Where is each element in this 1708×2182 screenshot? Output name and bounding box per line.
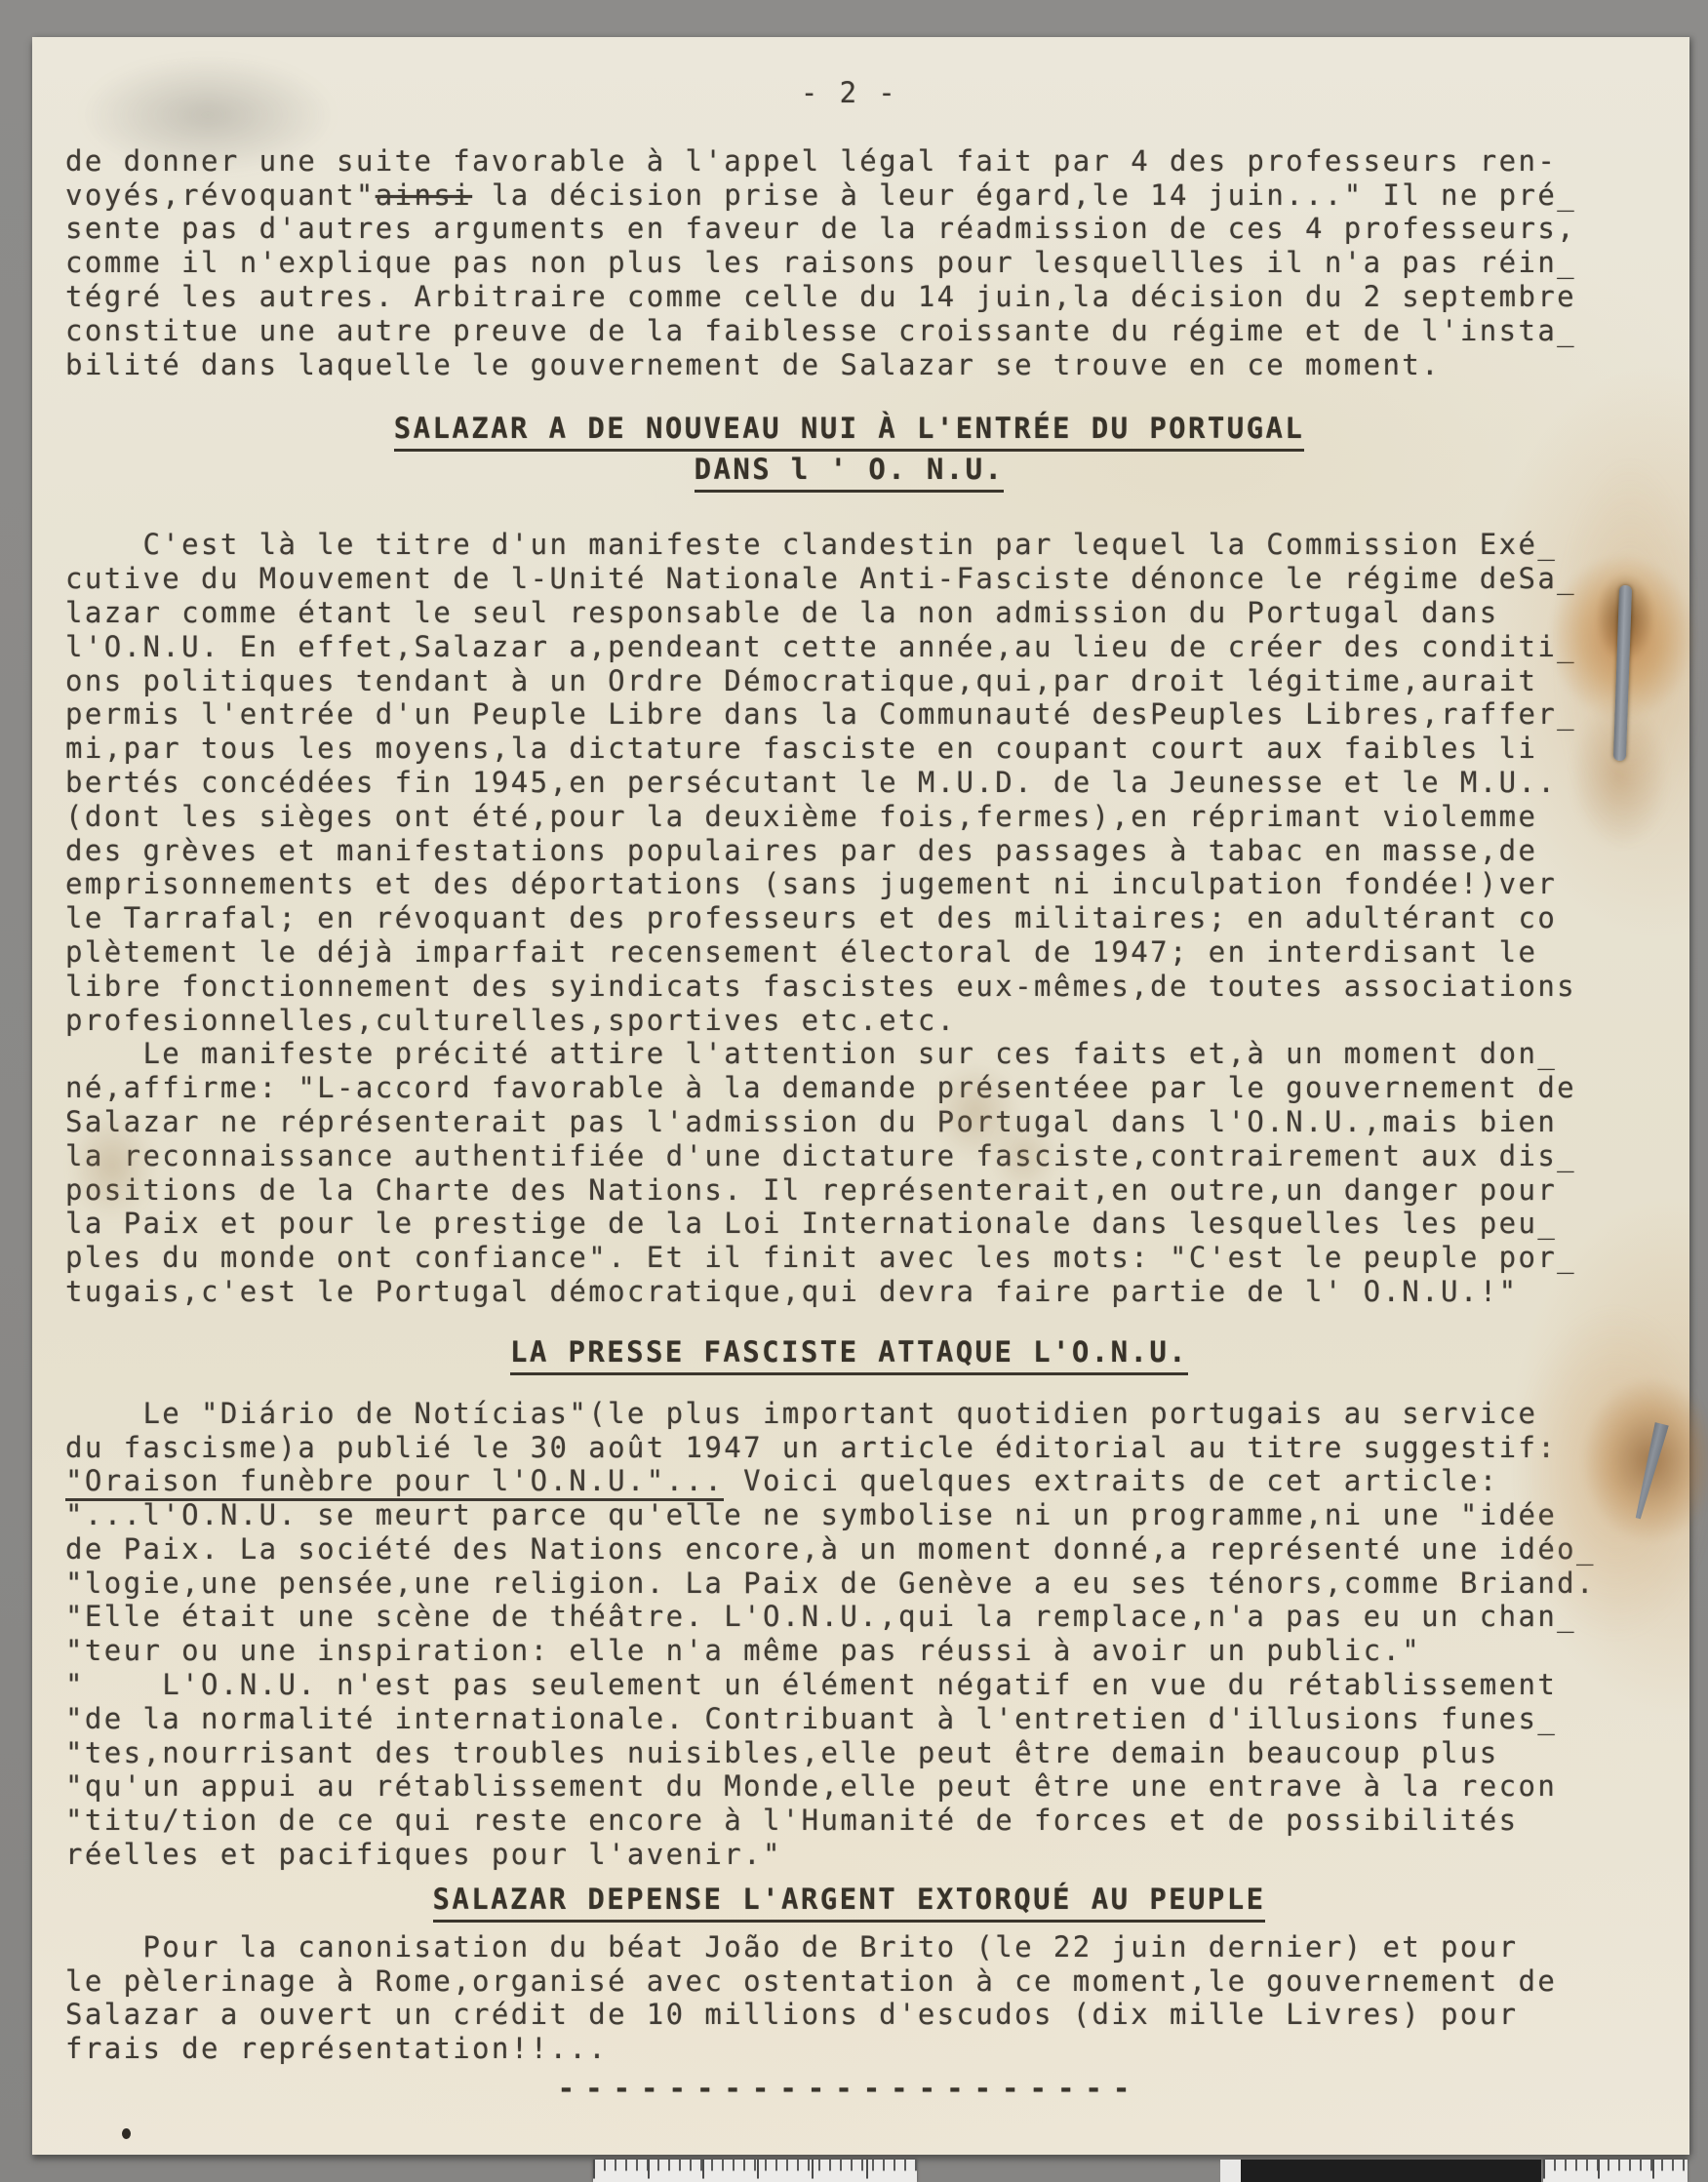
text-line: "qu'un appui au rétablissement du Monde,… — [65, 1769, 1633, 1804]
text-line: (dont les sièges ont été,pour la deuxièm… — [65, 800, 1633, 834]
ink-dot — [122, 2128, 131, 2139]
text-line: profesionnelles,culturelles,sportives et… — [65, 1004, 1633, 1038]
text-line: du fascisme)a publié le 30 août 1947 un … — [65, 1431, 1633, 1465]
text-line: bertés concédées fin 1945,en persécutant… — [65, 766, 1633, 800]
text-line: bilité dans laquelle le gouvernement de … — [65, 348, 1633, 382]
text-line: "titu/tion de ce qui reste encore à l'Hu… — [65, 1804, 1633, 1838]
scan-canvas: { "colors": { "background": "#8a8987", "… — [0, 0, 1708, 2182]
text-line: Le manifeste précité attire l'attention … — [65, 1037, 1633, 1071]
text-line: Le "Diário de Notícias"(le plus importan… — [65, 1397, 1633, 1431]
text-line: " L'O.N.U. n'est pas seulement un élémen… — [65, 1668, 1633, 1702]
text-line: constitue une autre preuve de la faibles… — [65, 314, 1633, 348]
text-line: l'O.N.U. En effet,Salazar a,pendeant cet… — [65, 630, 1633, 664]
text-line: positions de la Charte des Nations. Il r… — [65, 1173, 1633, 1208]
paragraph-manifesto: C'est là le titre d'un manifeste clandes… — [65, 528, 1633, 1037]
text-line: "tes,nourrisant des troubles nuisibles,e… — [65, 1736, 1633, 1770]
text-line: C'est là le titre d'un manifeste clandes… — [65, 528, 1633, 562]
text-line: "teur ou une inspiration: elle n'a même … — [65, 1634, 1633, 1668]
text-line: Pour la canonisation du béat João de Bri… — [65, 1930, 1633, 1964]
text-line: le pèlerinage à Rome,organisé avec osten… — [65, 1964, 1633, 1999]
text-line: comme il n'explique pas non plus les rai… — [65, 246, 1633, 280]
text-line: la Paix et pour le prestige de la Loi In… — [65, 1207, 1633, 1241]
text-line: Salazar ne réprésenterait pas l'admissio… — [65, 1105, 1633, 1139]
text-line: de donner une suite favorable à l'appel … — [65, 144, 1633, 179]
heading-salazar-onu: SALAZAR A DE NOUVEAU NUI À L'ENTRÉE DU P… — [65, 411, 1633, 493]
page-number: - 2 - — [65, 76, 1633, 110]
text-line: "Oraison funèbre pour l'O.N.U."... Voici… — [65, 1464, 1633, 1498]
text-line: "...l'O.N.U. se meurt parce qu'elle ne s… — [65, 1498, 1633, 1532]
text-line: ons politiques tendant à un Ordre Démocr… — [65, 664, 1633, 698]
text-line: frais de représentation!!... — [65, 2032, 1633, 2066]
text-line: ples du monde ont confiance". Et il fini… — [65, 1241, 1633, 1275]
text-line: "de la normalité internationale. Contrib… — [65, 1702, 1633, 1736]
scanned-page: - 2 - de donner une suite favorable à l'… — [32, 37, 1689, 2155]
calibration-black-bar — [1241, 2160, 1541, 2182]
text-line: le Tarrafal; en révoquant des professeur… — [65, 901, 1633, 935]
typewritten-text-column: - 2 - de donner une suite favorable à l'… — [32, 37, 1689, 2106]
ruler — [593, 2160, 917, 2182]
text-line: plètement le déjà imparfait recensement … — [65, 935, 1633, 970]
text-line: emprisonnements et des déportations (san… — [65, 867, 1633, 901]
ruler — [1543, 2160, 1688, 2182]
heading-presse-fasciste: LA PRESSE FASCISTE ATTAQUE L'O.N.U. — [65, 1334, 1633, 1375]
text-line: lazar comme étant le seul responsable de… — [65, 596, 1633, 630]
paragraph-canonisation: Pour la canonisation du béat João de Bri… — [65, 1930, 1633, 2066]
text-line: permis l'entrée d'un Peuple Libre dans l… — [65, 697, 1633, 732]
paragraph-press: Le "Diário de Notícias"(le plus importan… — [65, 1397, 1633, 1872]
heading-line-2: DANS l ' O. N.U. — [695, 452, 1005, 493]
text-line: la reconnaissance authentifiée d'une dic… — [65, 1139, 1633, 1173]
paragraph-manifesto-quote: Le manifeste précité attire l'attention … — [65, 1037, 1633, 1308]
text-line: cutive du Mouvement de l-Unité Nationale… — [65, 562, 1633, 596]
text-line: des grèves et manifestations populaires … — [65, 834, 1633, 868]
text-line: né,affirme: "L-accord favorable à la dem… — [65, 1071, 1633, 1105]
text-line: mi,par tous les moyens,la dictature fasc… — [65, 732, 1633, 766]
text-line: "Elle était une scène de théâtre. L'O.N.… — [65, 1600, 1633, 1634]
text-line: Salazar a ouvert un crédit de 10 million… — [65, 1998, 1633, 2032]
text-line: de Paix. La société des Nations encore,à… — [65, 1532, 1633, 1567]
text-line: tugais,c'est le Portugal démocratique,qu… — [65, 1275, 1633, 1309]
text-line: libre fonctionnement des syindicats fasc… — [65, 970, 1633, 1004]
text-line: tégré les autres. Arbitraire comme celle… — [65, 280, 1633, 314]
heading-argent-extorque: SALAZAR DEPENSE L'ARGENT EXTORQUÉ AU PEU… — [65, 1882, 1633, 1923]
text-line: voyés,révoquant"ainsi la décision prise … — [65, 179, 1633, 213]
heading-line-1: SALAZAR A DE NOUVEAU NUI À L'ENTRÉE DU P… — [394, 411, 1304, 452]
typed-divider-line: --------------------- — [65, 2072, 1633, 2106]
text-line: réelles et pacifiques pour l'avenir." — [65, 1838, 1633, 1872]
text-line: sente pas d'autres arguments en faveur d… — [65, 212, 1633, 246]
text-line: "logie,une pensée,une religion. La Paix … — [65, 1567, 1633, 1601]
ruler-fragment — [1220, 2160, 1241, 2182]
paragraph-intro: de donner une suite favorable à l'appel … — [65, 144, 1633, 382]
